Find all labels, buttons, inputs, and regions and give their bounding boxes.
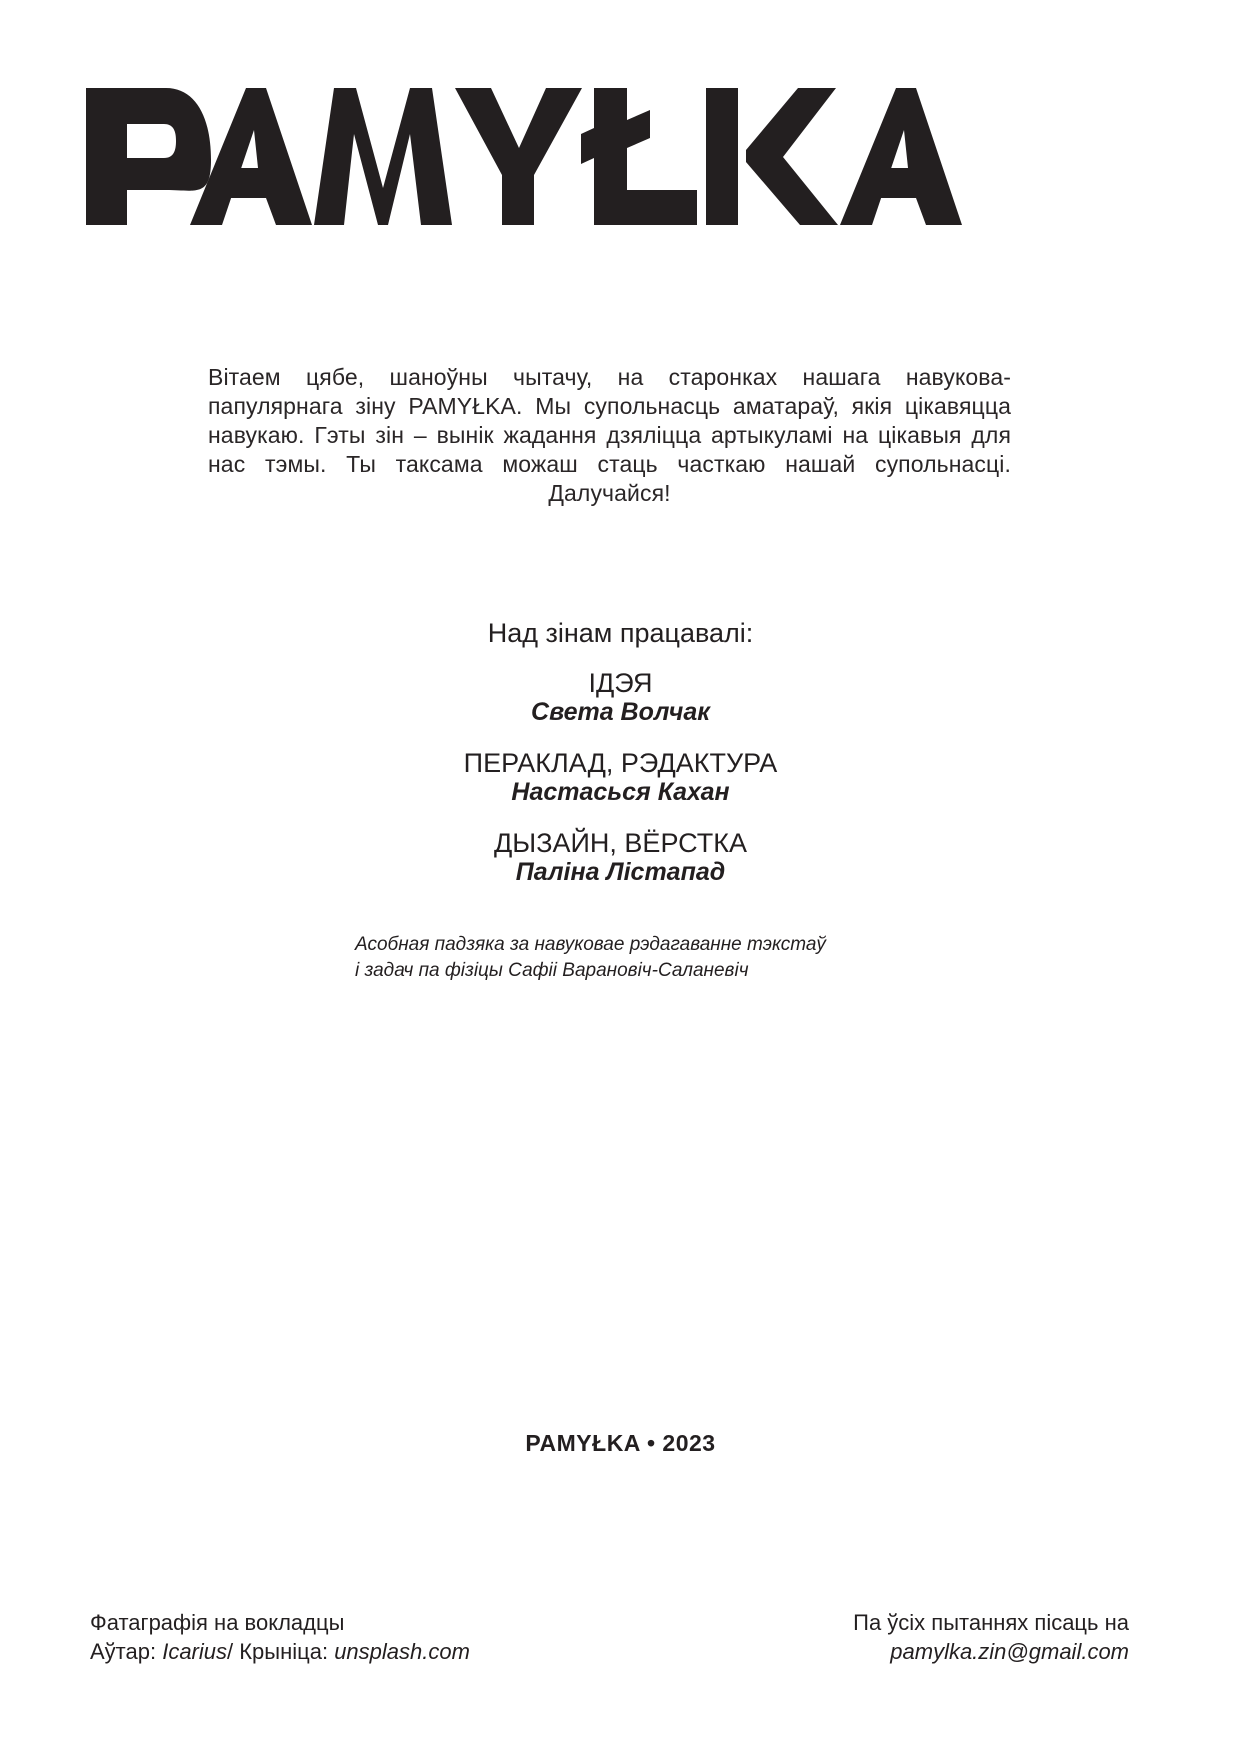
contact-info: Па ўсіх пытаннях пісаць на pamylka.zin@g…	[853, 1608, 1129, 1666]
photo-credit: Фатаграфія на вокладцы Аўтар: Icarius/ К…	[90, 1608, 470, 1666]
author-label: Аўтар:	[90, 1639, 162, 1664]
person-name: Света Волчак	[0, 698, 1241, 726]
source-link[interactable]: unsplash.com	[334, 1639, 470, 1664]
special-thanks: Асобная падзяка за навуковае рэдагаванне…	[355, 932, 955, 984]
masthead-logo	[86, 88, 1131, 225]
credit-design-layout: ДЫЗАЙН, ВЁРСТКА Паліна Лістапад	[0, 828, 1241, 886]
role-label: ДЫЗАЙН, ВЁРСТКА	[0, 828, 1241, 858]
photo-credit-title: Фатаграфія на вокладцы	[90, 1608, 470, 1637]
credits-heading: Над зінам працавалі:	[0, 618, 1241, 649]
contact-label: Па ўсіх пытаннях пісаць на	[853, 1608, 1129, 1637]
contact-email-link[interactable]: pamylka.zin@gmail.com	[853, 1637, 1129, 1666]
intro-paragraph: Вітаем цябе, шаноўны чытачу, на старонка…	[208, 363, 1011, 508]
thanks-line: Асобная падзяка за навуковае рэдагаванне…	[355, 932, 955, 958]
person-name: Паліна Лістапад	[0, 858, 1241, 886]
role-label: ПЕРАКЛАД, РЭДАКТУРА	[0, 748, 1241, 778]
thanks-line: і задач па фізіцы Сафіі Варановіч-Салане…	[355, 958, 955, 984]
photo-credit-details: Аўтар: Icarius/ Крыніца: unsplash.com	[90, 1637, 470, 1666]
credit-idea: ІДЭЯ Света Волчак	[0, 668, 1241, 726]
role-label: ІДЭЯ	[0, 668, 1241, 698]
credit-translation-editing: ПЕРАКЛАД, РЭДАКТУРА Настасься Кахан	[0, 748, 1241, 806]
source-label: / Крыніца:	[227, 1639, 334, 1664]
footer-mark: PAMYŁKA • 2023	[0, 1430, 1241, 1457]
author-name: Icarius	[162, 1639, 227, 1664]
person-name: Настасься Кахан	[0, 778, 1241, 806]
